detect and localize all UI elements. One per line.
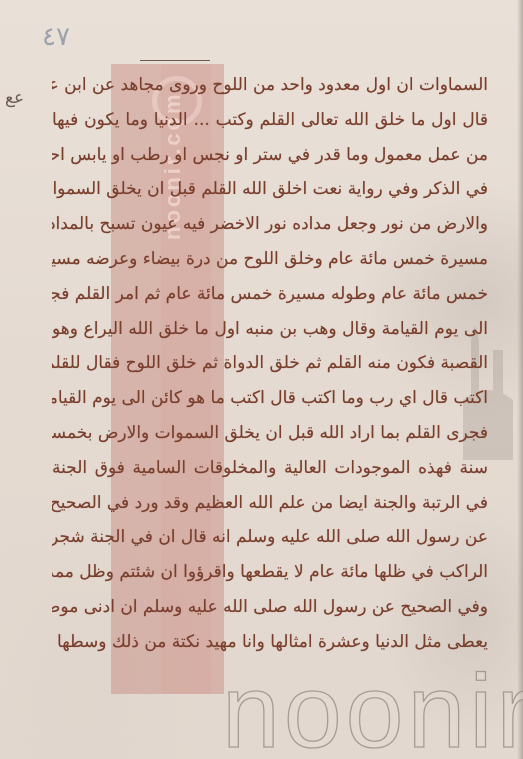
site-watermark: noonir — [222, 660, 523, 759]
text-line: القصبة فكون منه القلم ثم خلق الدواة ثم خ… — [52, 346, 488, 381]
margin-annotation: ﻋﻊ — [5, 88, 24, 108]
manuscript-page: noonir.com ٤٧ ﻋﻊ السماوات ان اول معدود و… — [0, 0, 523, 759]
text-line: مسيرة خمس مائة عام وخلق اللوح من درة بيض… — [52, 242, 488, 277]
text-line: اكتب قال اي رب وما اكتب قال اكتب ما هو ك… — [52, 381, 488, 416]
text-line: قال اول ما خلق الله تعالى القلم وكتب ...… — [52, 103, 488, 138]
text-line: الراكب في ظلها مائة عام لا يقطعها واقرؤو… — [52, 555, 488, 590]
page-edge-shadow — [517, 0, 523, 759]
text-line: السماوات ان اول معدود واحد من اللوح وروى… — [52, 68, 488, 103]
header-rule — [140, 60, 210, 61]
text-line: الى يوم القيامة وقال وهب بن منبه اول ما … — [52, 312, 488, 347]
text-line: في الذكر وفي رواية نعت اخلق الله القلم ق… — [52, 172, 488, 207]
text-line: عن رسول الله صلى الله عليه وسلم انه قال … — [52, 520, 488, 555]
manuscript-text: السماوات ان اول معدود واحد من اللوح وروى… — [52, 68, 488, 660]
text-line: وفي الصحيح عن رسول الله صلى الله عليه وس… — [52, 590, 488, 625]
text-line: خمس مائة عام وطوله مسيرة خمس مائة عام ثم… — [52, 277, 488, 312]
text-line: فجرى القلم بما اراد الله قبل ان يخلق الس… — [52, 416, 488, 451]
text-line: والارض من نور وجعل مداده نور الاخضر فيه … — [52, 207, 488, 242]
text-line: في الرتبة والجنة ايضا من علم الله العظيم… — [52, 486, 488, 521]
text-line: سنة فهذه الموجودات العالية والمخلوقات ال… — [52, 451, 488, 486]
text-line: من عمل معمول وما قدر في ستر او نجس او رط… — [52, 138, 488, 173]
folio-number: ٤٧ — [42, 22, 70, 52]
